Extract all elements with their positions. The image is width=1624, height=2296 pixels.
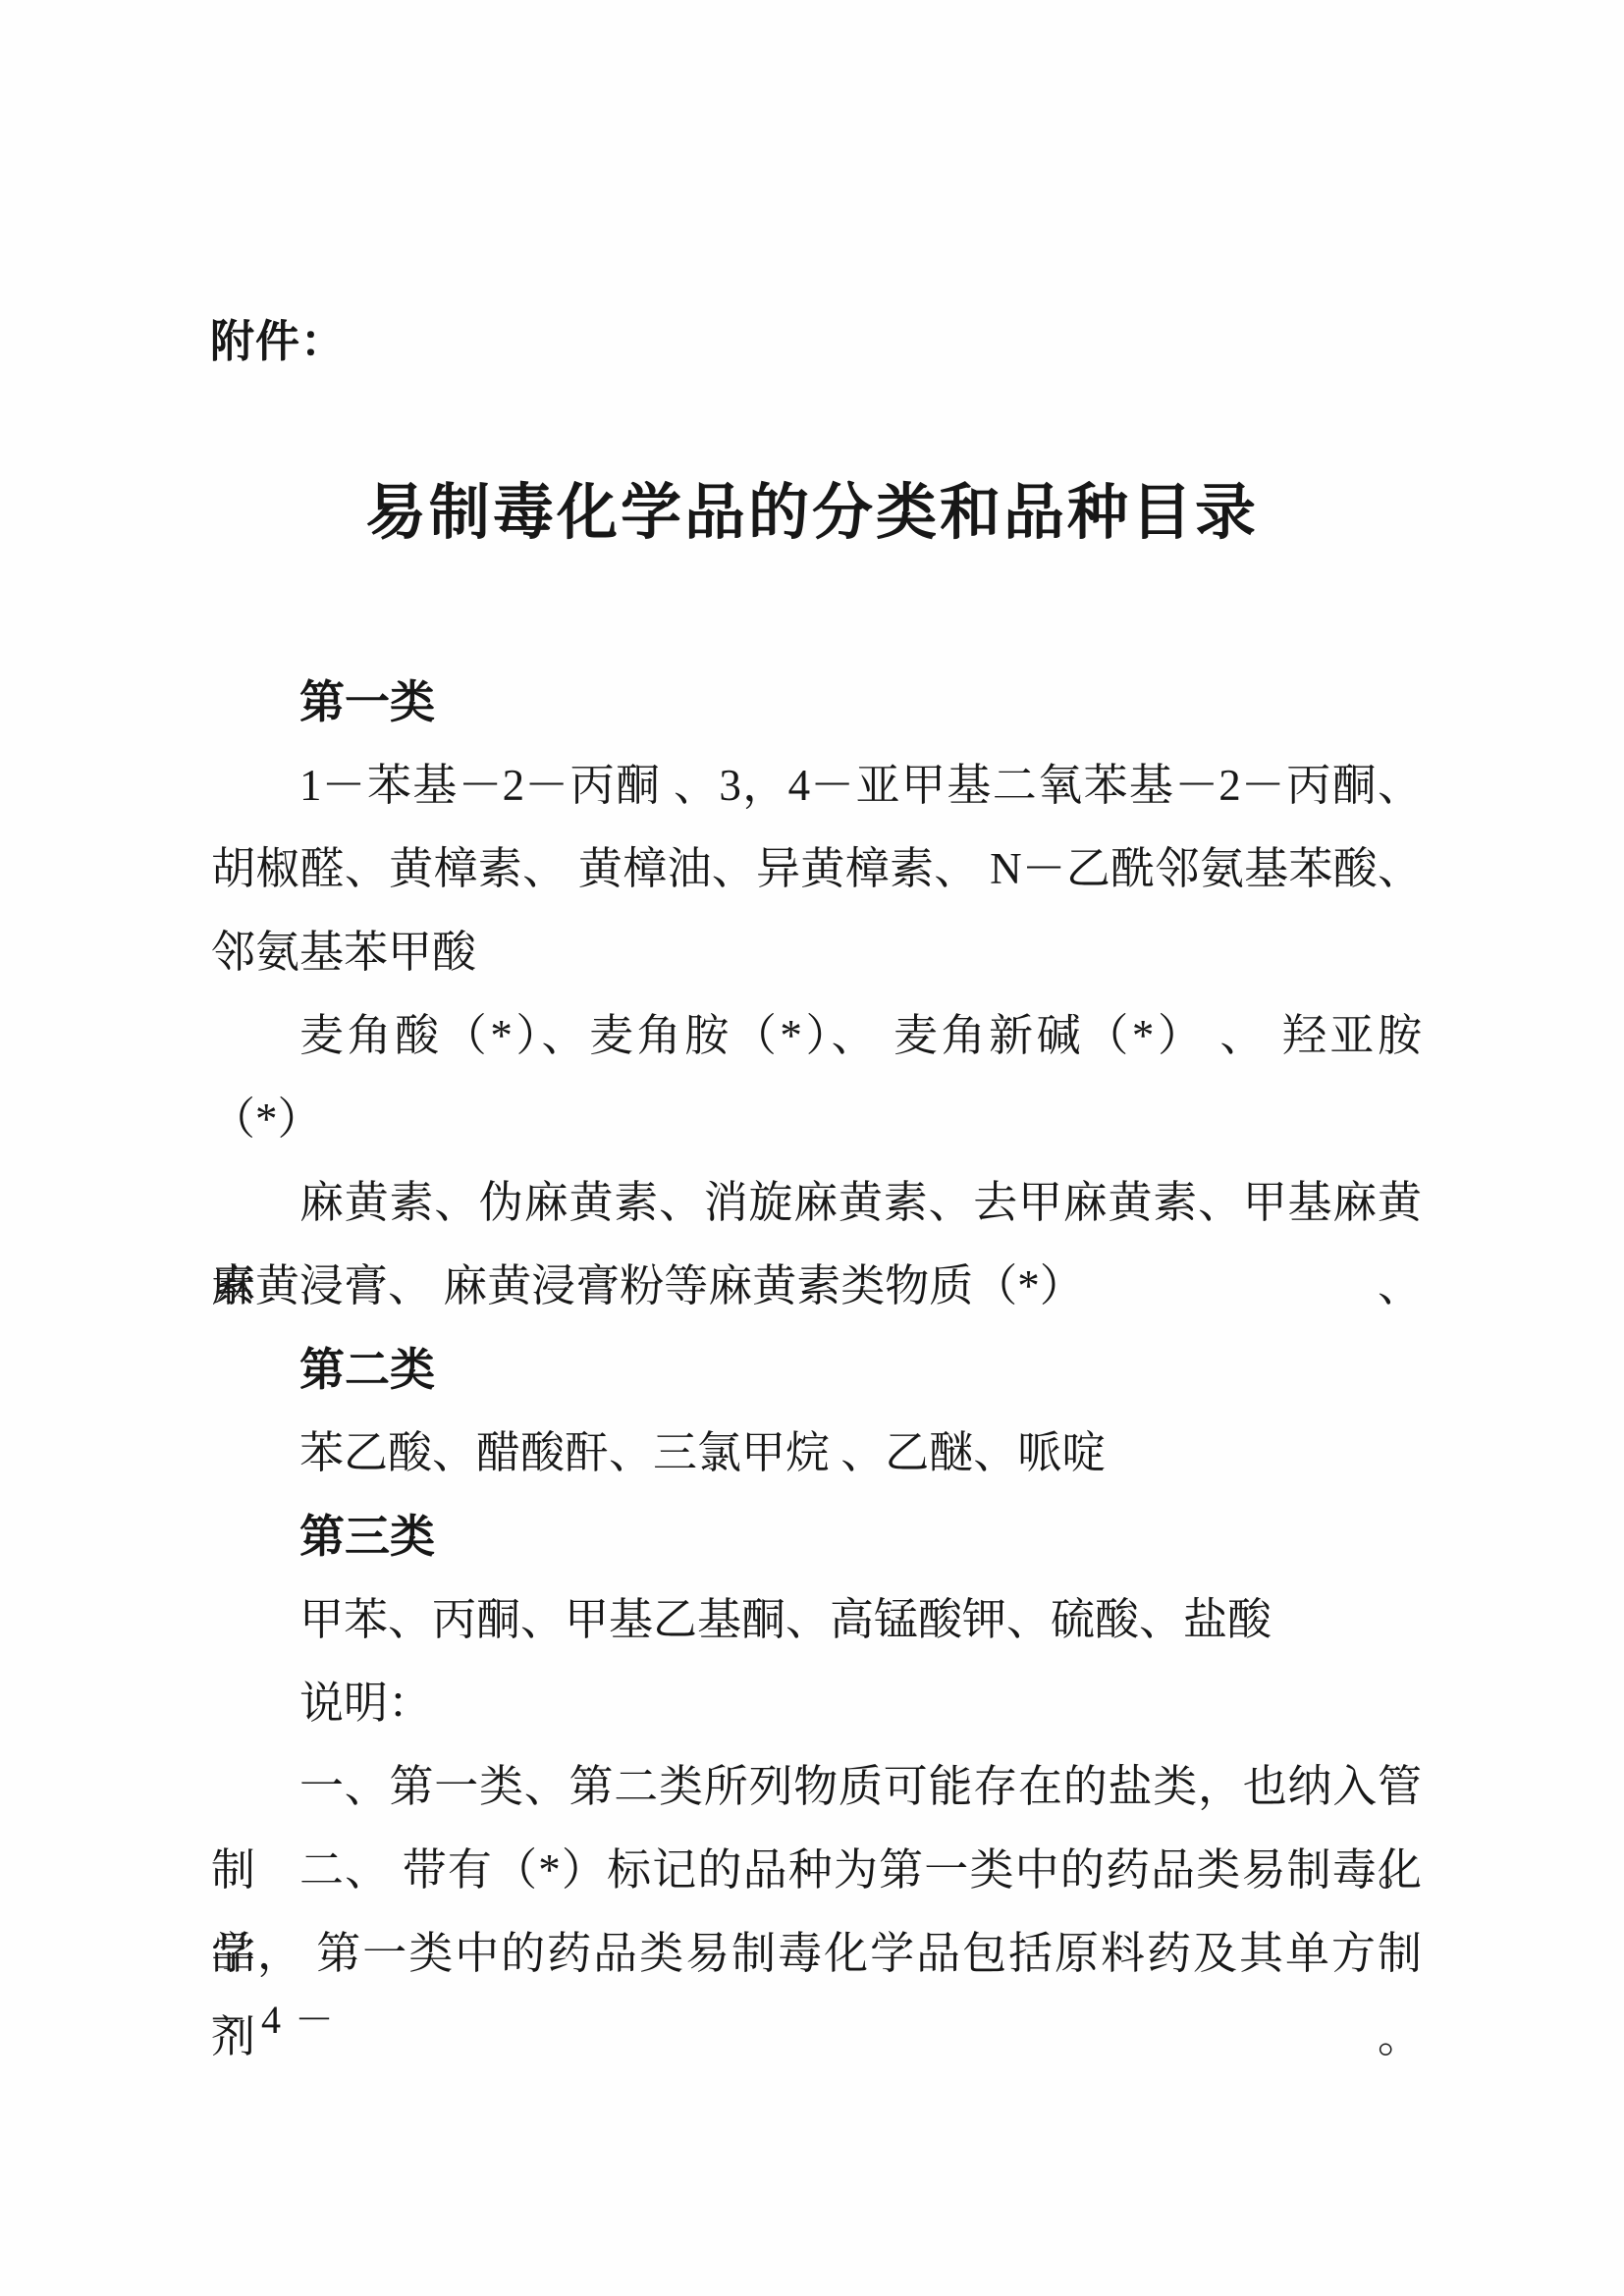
category-2-line-1: 苯乙酸、醋酸酐、三氯甲烷 、乙醚、哌啶	[211, 1412, 1422, 1495]
notes-heading: 说明：	[211, 1662, 1422, 1745]
attachment-label: 附件：	[210, 315, 346, 368]
category-3-heading: 第三类	[211, 1495, 1422, 1578]
document-page: 附件： 易制毒化学品的分类和品种目录 第一类1－苯基－2－丙酮 、3，4－亚甲基…	[0, 0, 1624, 2296]
note-1: 一、第一类、第二类所列物质可能存在的盐类，也纳入管制。	[211, 1745, 1422, 1829]
category-2-heading: 第二类	[211, 1328, 1422, 1412]
note-2-line-2: 品， 第一类中的药品类易制毒化学品包括原料药及其单方制剂。	[211, 1912, 1422, 1996]
page-number: － 4 －	[208, 1997, 336, 2044]
category-3-line-1: 甲苯、丙酮、甲基乙基酮、高锰酸钾、硫酸、盐酸	[211, 1578, 1422, 1662]
category-1-line-5: （*）	[211, 1078, 1422, 1161]
category-1-line-1: 1－苯基－2－丙酮 、3，4－亚甲基二氧苯基－2－丙酮、	[211, 744, 1422, 828]
category-1-heading: 第一类	[211, 661, 1422, 744]
category-1-line-6: 麻黄素、伪麻黄素、消旋麻黄素、去甲麻黄素、甲基麻黄素、	[211, 1161, 1422, 1245]
note-2-line-1: 二、 带有（*）标记的品种为第一类中的药品类易制毒化学	[211, 1829, 1422, 1912]
body-lines: 第一类1－苯基－2－丙酮 、3，4－亚甲基二氧苯基－2－丙酮、胡椒醛、黄樟素、 …	[211, 661, 1422, 1996]
document-title: 易制毒化学品的分类和品种目录	[0, 477, 1624, 550]
category-1-line-2: 胡椒醛、黄樟素、 黄樟油、异黄樟素、 N－乙酰邻氨基苯酸、	[211, 828, 1422, 911]
category-1-line-4: 麦角酸（*）、麦角胺（*）、 麦角新碱（*） 、 羟亚胺	[211, 994, 1422, 1078]
category-1-line-3: 邻氨基苯甲酸	[211, 911, 1422, 994]
